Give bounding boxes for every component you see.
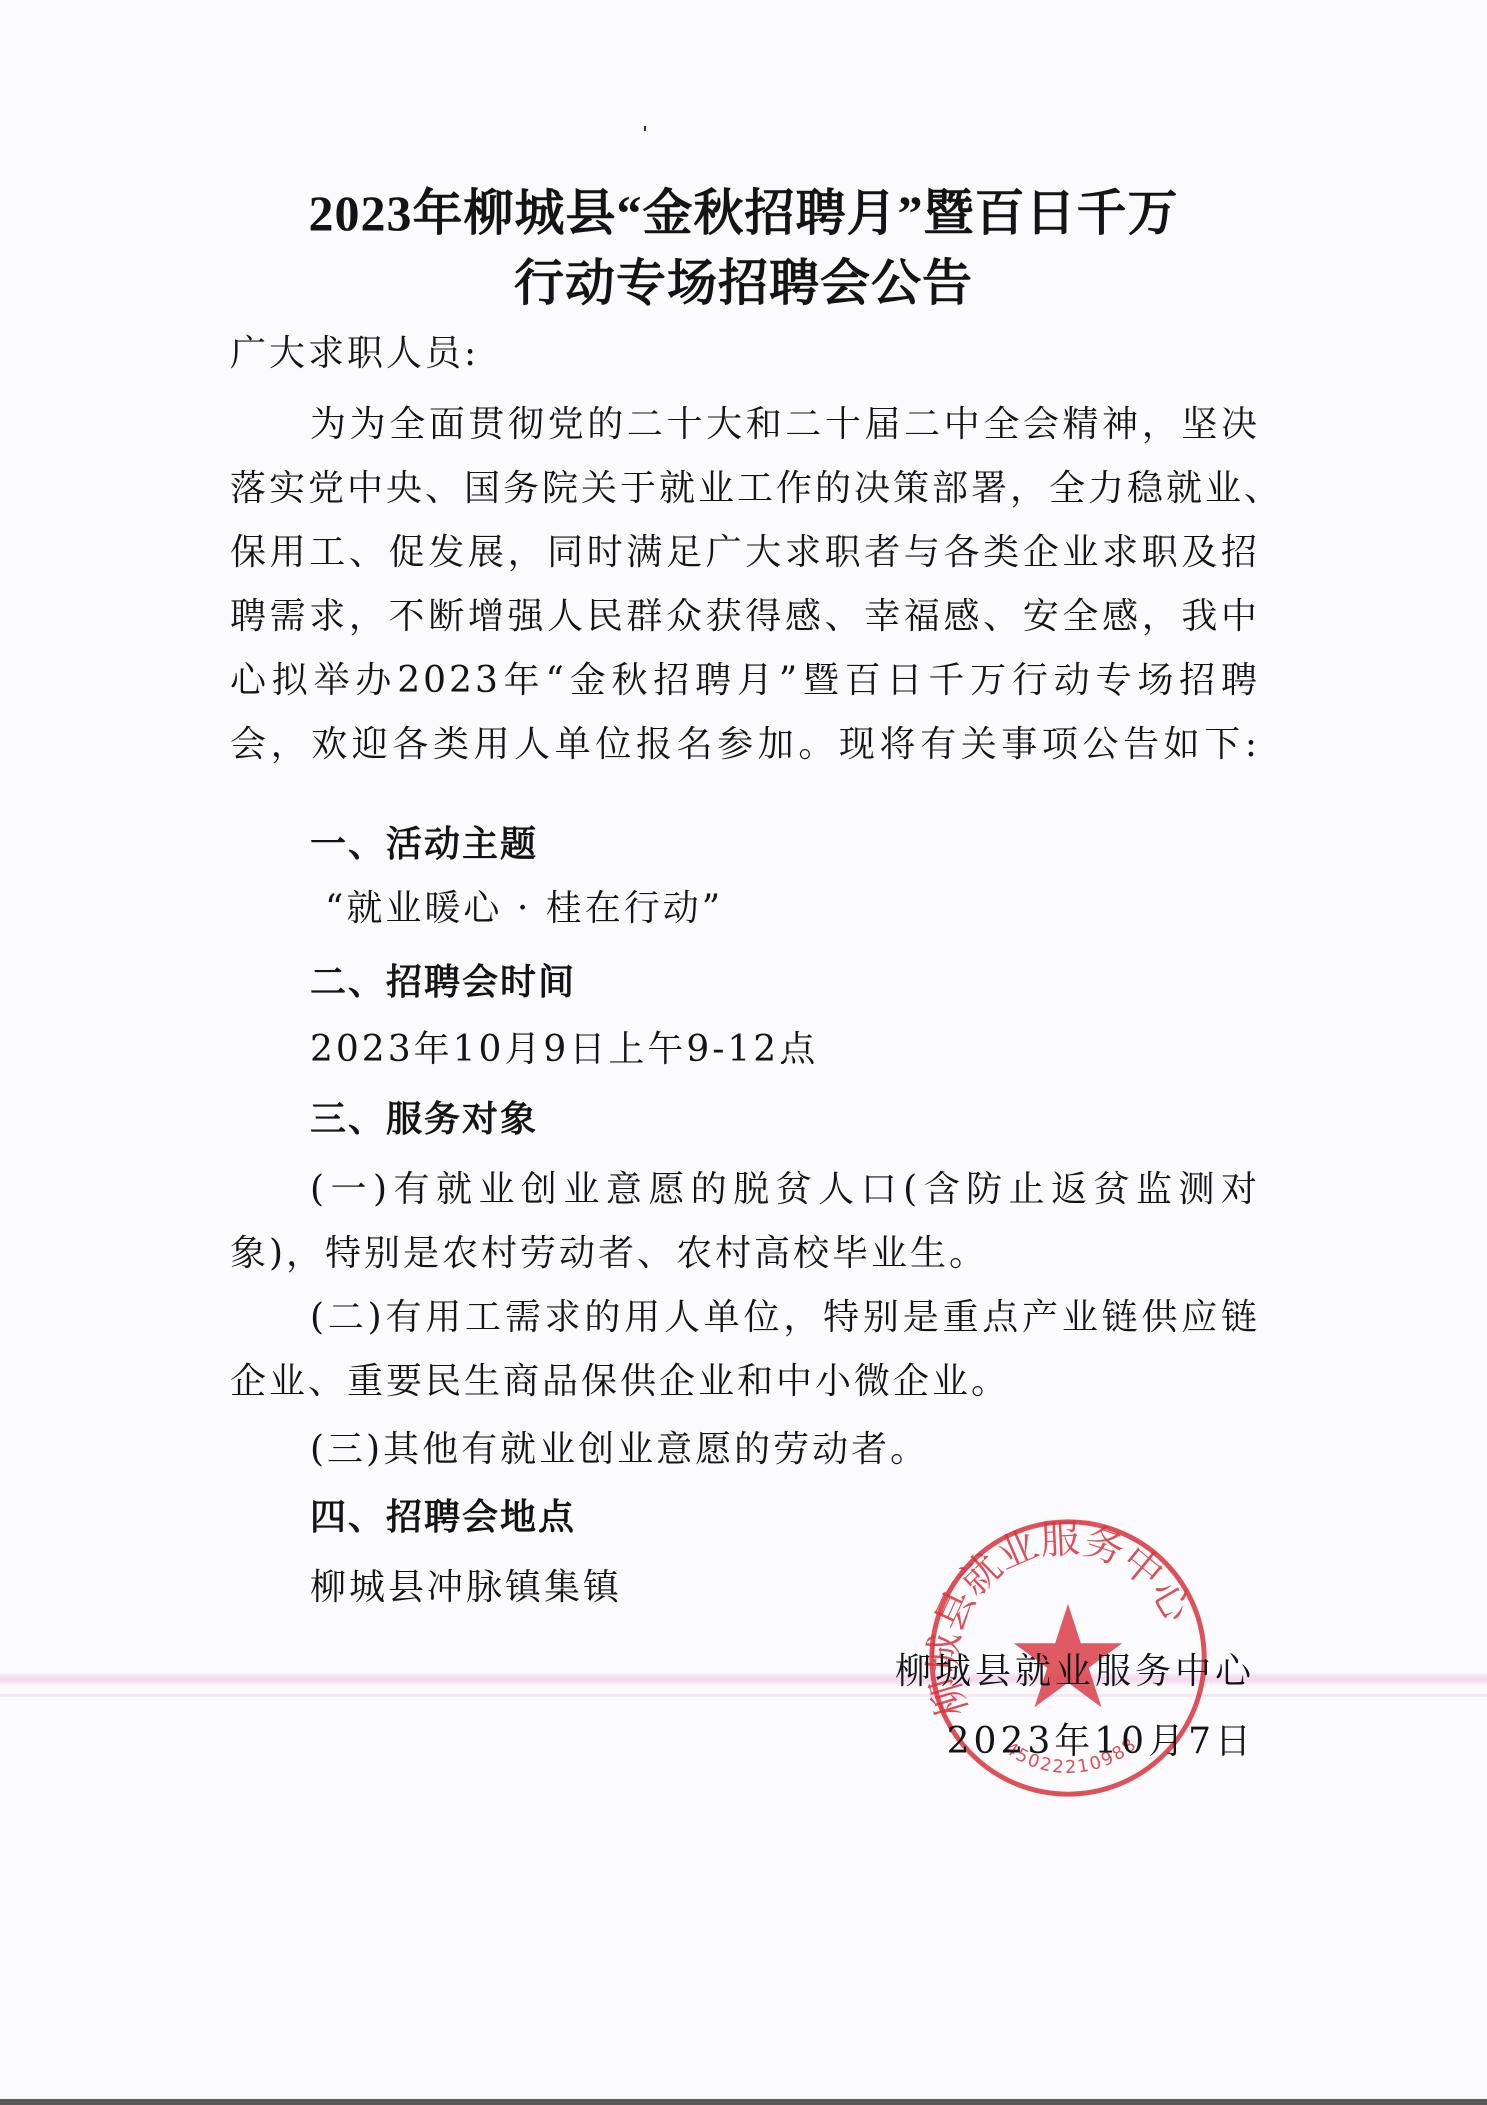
intro-line: 会，欢迎各类用人单位报名参加。现将有关事项公告如下: — [230, 713, 1260, 777]
audience-item-1-cont: 象)，特别是农村劳动者、农村高校毕业生。 — [230, 1222, 1260, 1286]
scan-artifact-band — [0, 1672, 1487, 1686]
salutation: 广大求职人员: — [230, 322, 1260, 386]
audience-item-1: (一)有就业创业意愿的脱贫人口(含防止返贫监测对 — [310, 1158, 1260, 1222]
intro-line: 落实党中央、国务院关于就业工作的决策部署，全力稳就业、 — [230, 457, 1260, 521]
audience-item-2: (二)有用工需求的用人单位，特别是重点产业链供应链 — [310, 1286, 1260, 1350]
intro-line: 心拟举办2023年“金秋招聘月”暨百日千万行动专场招聘 — [230, 649, 1260, 713]
document-page: 2023年柳城县“金秋招聘月”暨百日千万 行动专场招聘会公告 广大求职人员: 为… — [0, 0, 1487, 2105]
intro-line: 保用工、促发展，同时满足广大求职者与各类企业求职及招 — [230, 521, 1260, 585]
page-bottom-edge — [0, 2099, 1487, 2105]
scan-mark — [644, 126, 646, 131]
signature-date: 2023年10月7日 — [947, 1710, 1255, 1774]
intro-line: 聘需求，不断增强人民群众获得感、幸福感、安全感，我中 — [230, 585, 1260, 649]
scan-artifact-line — [0, 1694, 1487, 1697]
section-content-time: 2023年10月9日上午9-12点 — [310, 1018, 1260, 1082]
document-title-line-2: 行动专场招聘会公告 — [0, 248, 1487, 318]
intro-line: 为为全面贯彻党的二十大和二十届二中全会精神，坚决 — [310, 393, 1260, 457]
audience-item-2-cont: 企业、重要民生商品保供企业和中小微企业。 — [230, 1350, 1260, 1414]
signature-organization: 柳城县就业服务中心 — [895, 1640, 1255, 1704]
section-heading-time: 二、招聘会时间 — [310, 951, 1260, 1015]
section-content-theme: “就业暖心 · 桂在行动” — [325, 877, 1355, 941]
section-heading-theme: 一、活动主题 — [310, 813, 1260, 877]
document-title-line-1: 2023年柳城县“金秋招聘月”暨百日千万 — [0, 178, 1487, 248]
audience-item-3: (三)其他有就业创业意愿的劳动者。 — [310, 1418, 1260, 1482]
section-heading-audience: 三、服务对象 — [310, 1088, 1260, 1152]
